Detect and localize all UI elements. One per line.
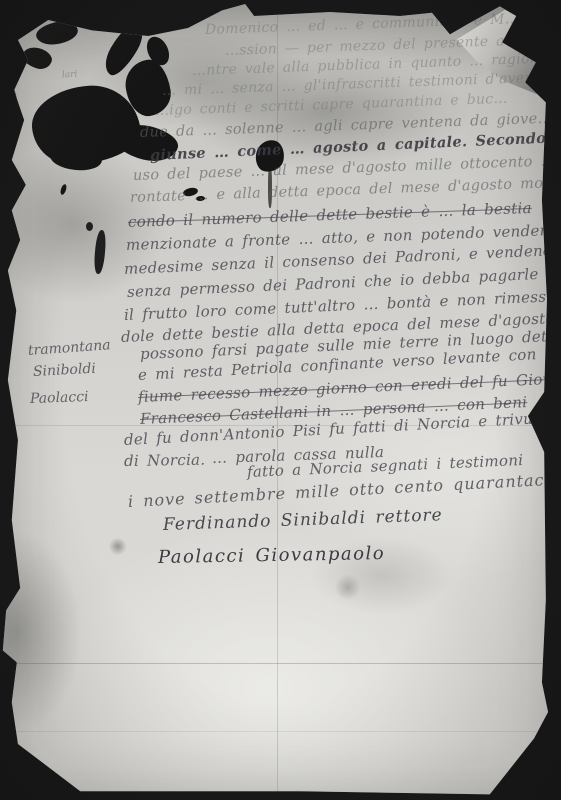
torn-edge-gap (0, 4, 16, 32)
scan-background: lari tramontana Siniboldi Paolacci Domen… (0, 0, 561, 800)
manuscript-page: lari tramontana Siniboldi Paolacci Domen… (0, 0, 561, 800)
paper-vignette (0, 0, 561, 800)
